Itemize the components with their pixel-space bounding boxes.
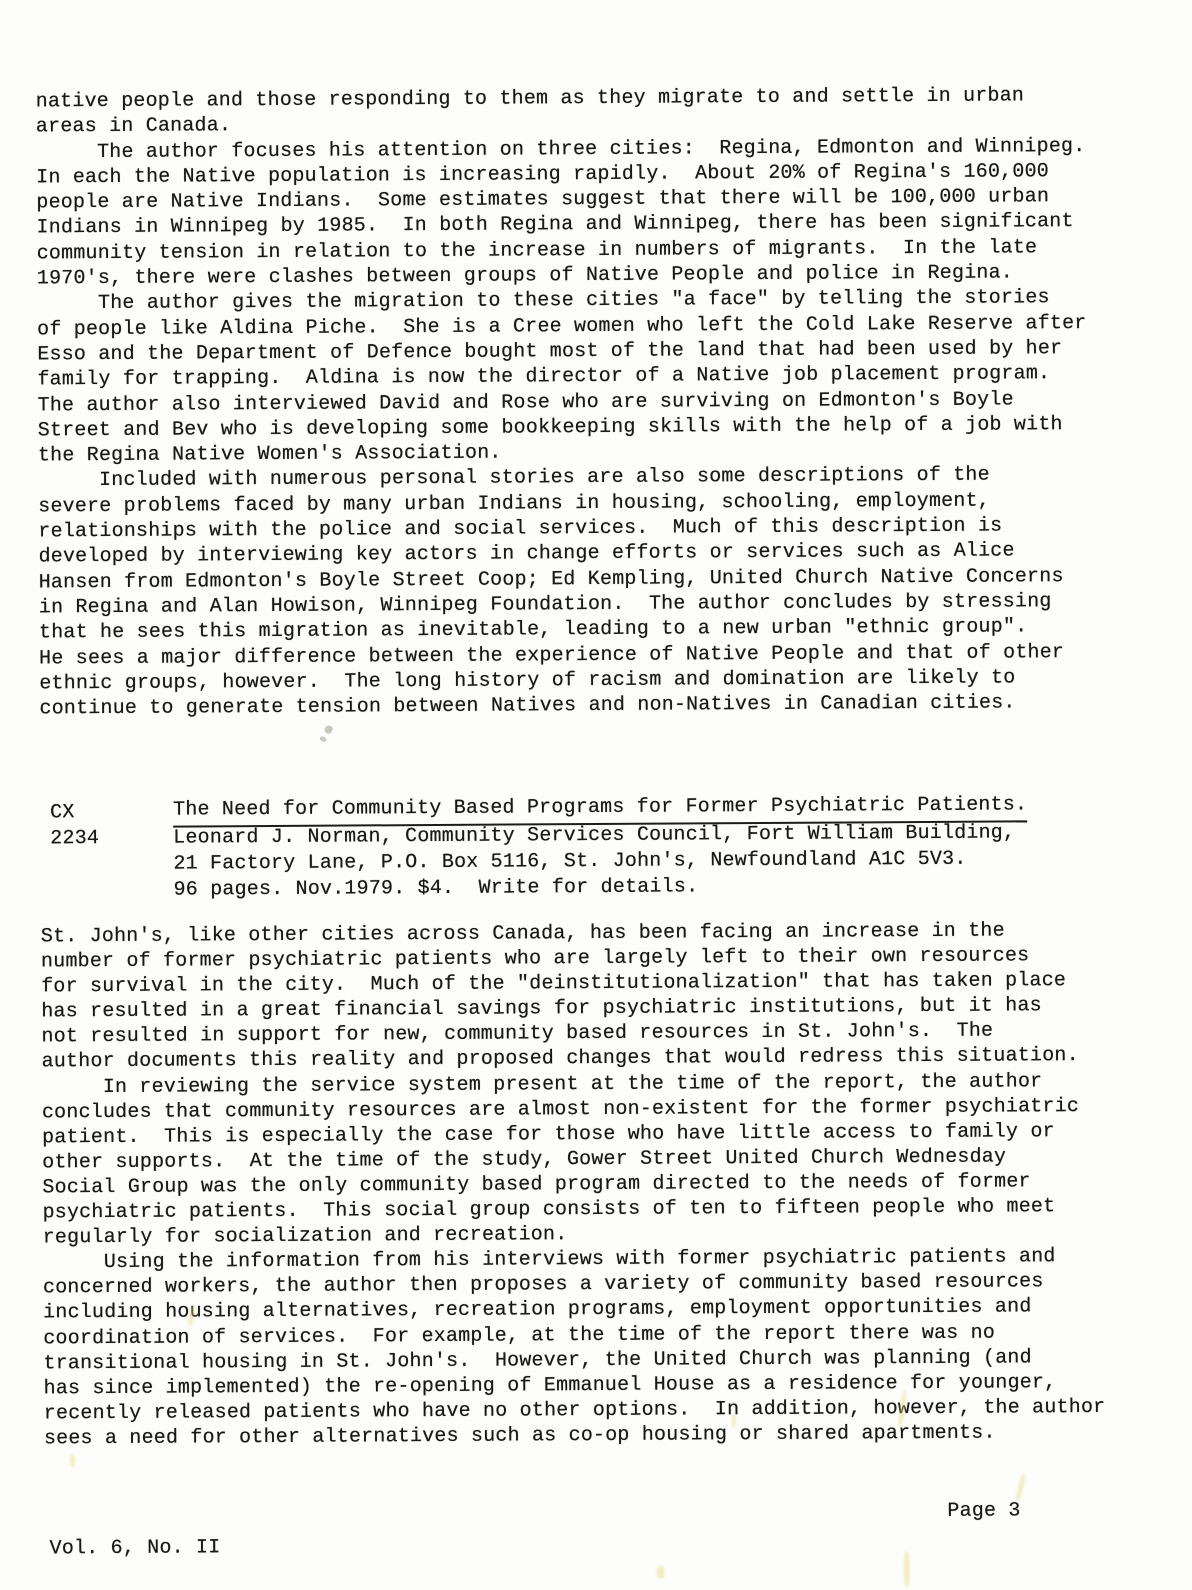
abstract-text-block-1: native people and those responding to th…	[36, 83, 1089, 722]
scan-stain	[1015, 1473, 1026, 1501]
citation-entry: The Need for Community Based Programs fo…	[173, 792, 1028, 903]
citation-details: Leonard J. Norman, Community Services Co…	[173, 820, 1028, 903]
scan-stain	[904, 1551, 910, 1587]
page-sheet: native people and those responding to th…	[0, 0, 1192, 1590]
catalogue-code: CX 2234	[50, 800, 99, 852]
catalogue-code-prefix: CX	[50, 801, 75, 824]
scan-stain	[70, 1454, 75, 1467]
scan-stain	[732, 1413, 736, 1428]
footer-volume-label: Vol. 6, No. II	[50, 1536, 221, 1560]
scanned-document-page: native people and those responding to th…	[0, 0, 1192, 1590]
footer-page-number: Page 3	[947, 1499, 1020, 1522]
catalogue-code-number: 2234	[50, 827, 99, 850]
abstract-text-block-2: St. John's, like other cities across Can…	[41, 918, 1106, 1451]
scan-smudge	[320, 726, 334, 744]
scan-stain	[657, 1566, 665, 1579]
